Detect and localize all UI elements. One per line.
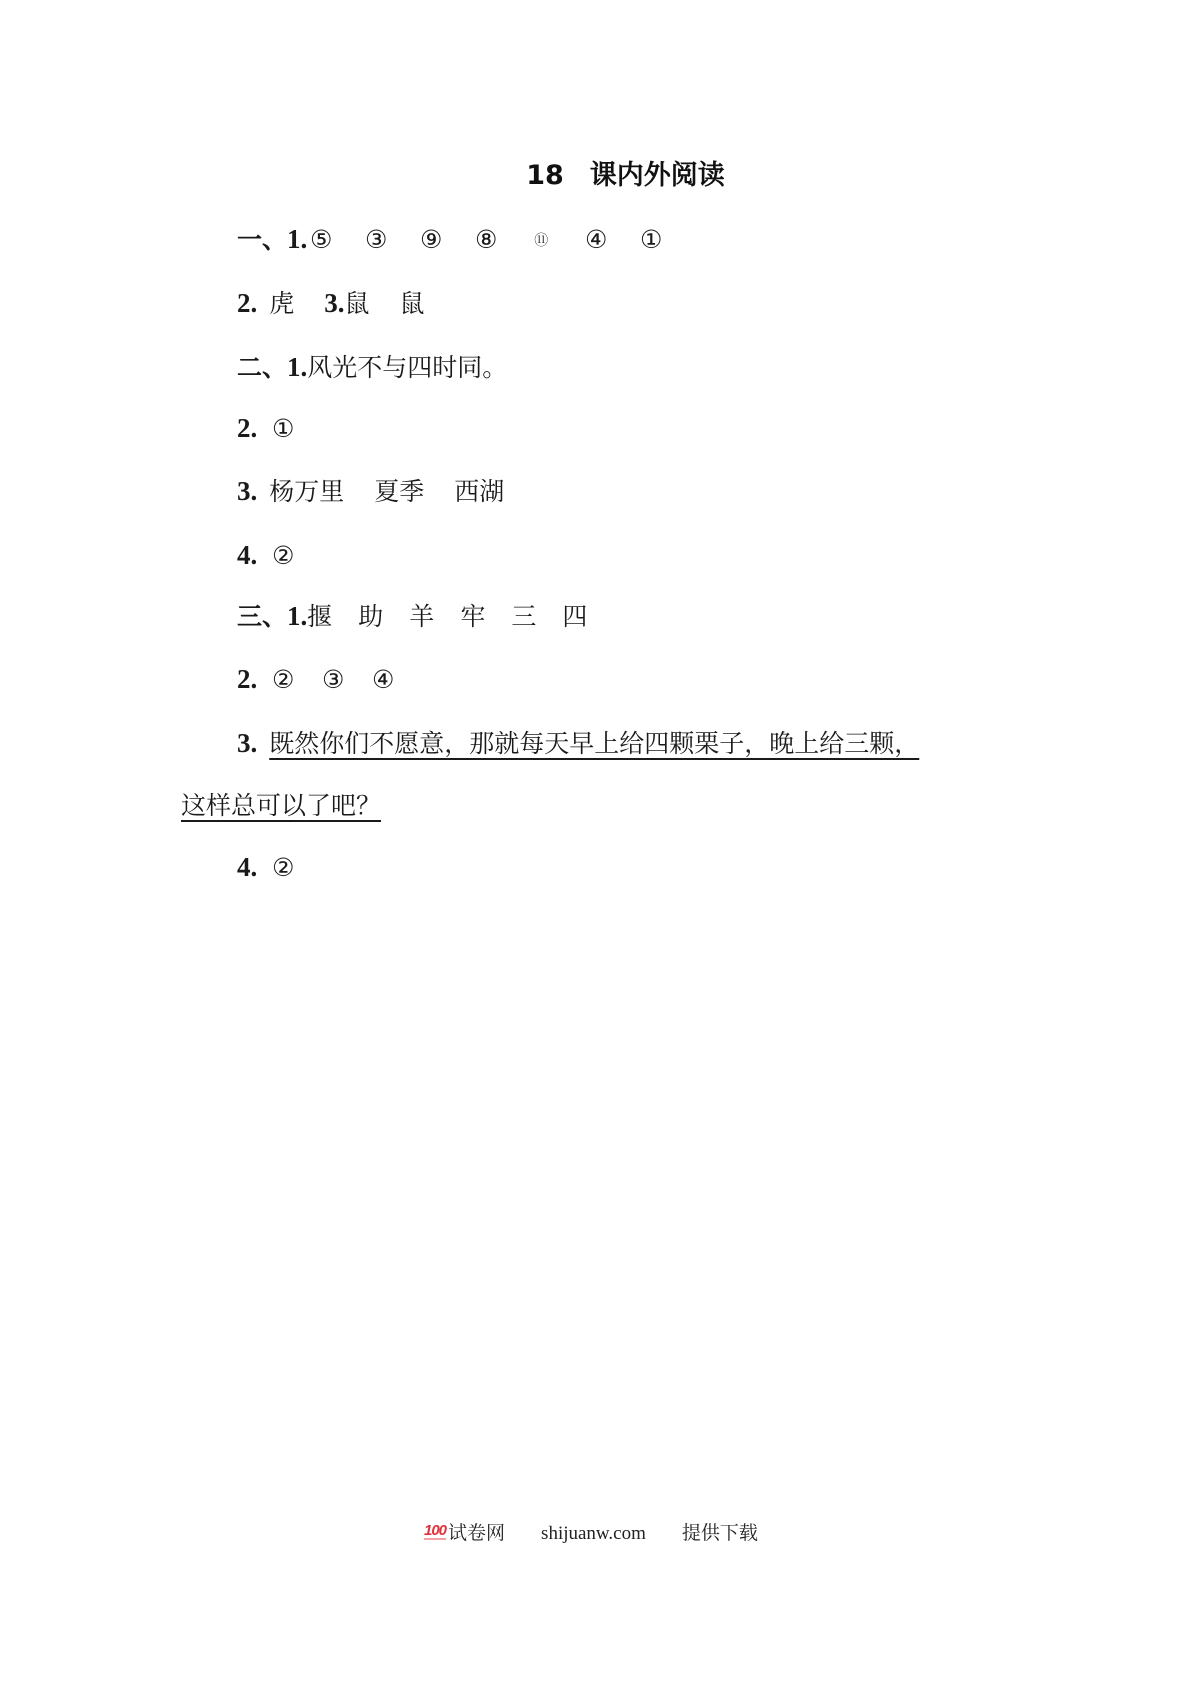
answer-item: ④ — [369, 663, 397, 697]
lesson-number: 18 — [526, 160, 564, 191]
section2-q1: 二、1.风光不与四时同。 — [237, 350, 507, 385]
answer-item: ③ — [319, 663, 347, 697]
question-number: 1. — [287, 352, 307, 382]
answer-item: ③ — [362, 223, 390, 257]
question-number: 4. — [237, 852, 257, 882]
underlined-answer-line1: 既然你们不愿意，那就每天早上给四颗栗子，晚上给三颗， — [269, 729, 919, 758]
answer-item: ① — [269, 412, 297, 446]
answer-item: ② — [269, 663, 297, 697]
answer-item: ⑧ — [472, 223, 500, 257]
lesson-title: 课内外阅读 — [590, 160, 725, 191]
question-number: 1. — [287, 601, 307, 631]
site-domain-link[interactable]: shijuanw.com — [541, 1523, 646, 1544]
answer-item: 四 — [562, 600, 587, 634]
question-number: 2. — [237, 413, 257, 443]
question-number: 3. — [324, 288, 344, 318]
answer-item: 夏季 — [374, 475, 424, 509]
question-number: 2. — [237, 664, 257, 694]
section-label: 一、 — [237, 225, 287, 254]
section2-q2: 2.① — [237, 411, 324, 446]
answer-sheet-page: 18课内外阅读 一、1.⑤③⑨⑧⑪④① 2.虎3.鼠鼠 二、1.风光不与四时同。… — [0, 0, 1191, 1684]
section3-q1: 三、1.揠助羊牢三四 — [237, 599, 617, 634]
answer-item: ⑨ — [417, 223, 445, 257]
answer-item: 羊 — [409, 600, 434, 634]
section3-q4: 4.② — [237, 850, 324, 885]
section3-q3: 3.既然你们不愿意，那就每天早上给四颗栗子，晚上给三颗， — [237, 726, 919, 761]
section1-q2-q3: 2.虎3.鼠鼠 — [237, 286, 455, 321]
answer-item: ② — [269, 539, 297, 573]
question-number: 1. — [287, 224, 307, 254]
answer-item: 揠 — [307, 600, 332, 634]
page-title: 18课内外阅读 — [0, 158, 1191, 194]
answer-item: 牢 — [460, 600, 485, 634]
answer-item: 虎 — [269, 287, 294, 321]
site-logo-icon: 100 — [424, 1524, 446, 1540]
underlined-answer-line2: 这样总可以了吧？ — [181, 791, 381, 820]
section3-q2: 2.②③④ — [237, 662, 424, 697]
answer-item: ⑪ — [527, 224, 555, 258]
page-footer: 100试卷网shijuanw.com提供下载 — [424, 1520, 758, 1548]
question-number: 4. — [237, 540, 257, 570]
question-number: 2. — [237, 288, 257, 318]
question-number: 3. — [237, 476, 257, 506]
answer-text: 风光不与四时同。 — [307, 353, 507, 382]
site-name: 试卷网 — [448, 1523, 505, 1544]
answer-item: ① — [637, 223, 665, 257]
answer-item: 三 — [511, 600, 536, 634]
answer-item: ④ — [582, 223, 610, 257]
section1-q1: 一、1.⑤③⑨⑧⑪④① — [237, 222, 692, 258]
section-label: 三、 — [237, 602, 287, 631]
question-number: 3. — [237, 728, 257, 758]
answer-item: 助 — [358, 600, 383, 634]
answer-item: 鼠 — [345, 287, 370, 321]
answer-item: 西湖 — [454, 475, 504, 509]
section3-q3-continued: 这样总可以了吧？ — [181, 789, 381, 823]
answer-item: 鼠 — [400, 287, 425, 321]
download-note: 提供下载 — [682, 1523, 758, 1544]
answer-item: ⑤ — [307, 223, 335, 257]
answer-item: ② — [269, 851, 297, 885]
section2-q3: 3.杨万里夏季西湖 — [237, 474, 534, 509]
section2-q4: 4.② — [237, 538, 324, 573]
section-label: 二、 — [237, 353, 287, 382]
answer-item: 杨万里 — [269, 475, 344, 509]
